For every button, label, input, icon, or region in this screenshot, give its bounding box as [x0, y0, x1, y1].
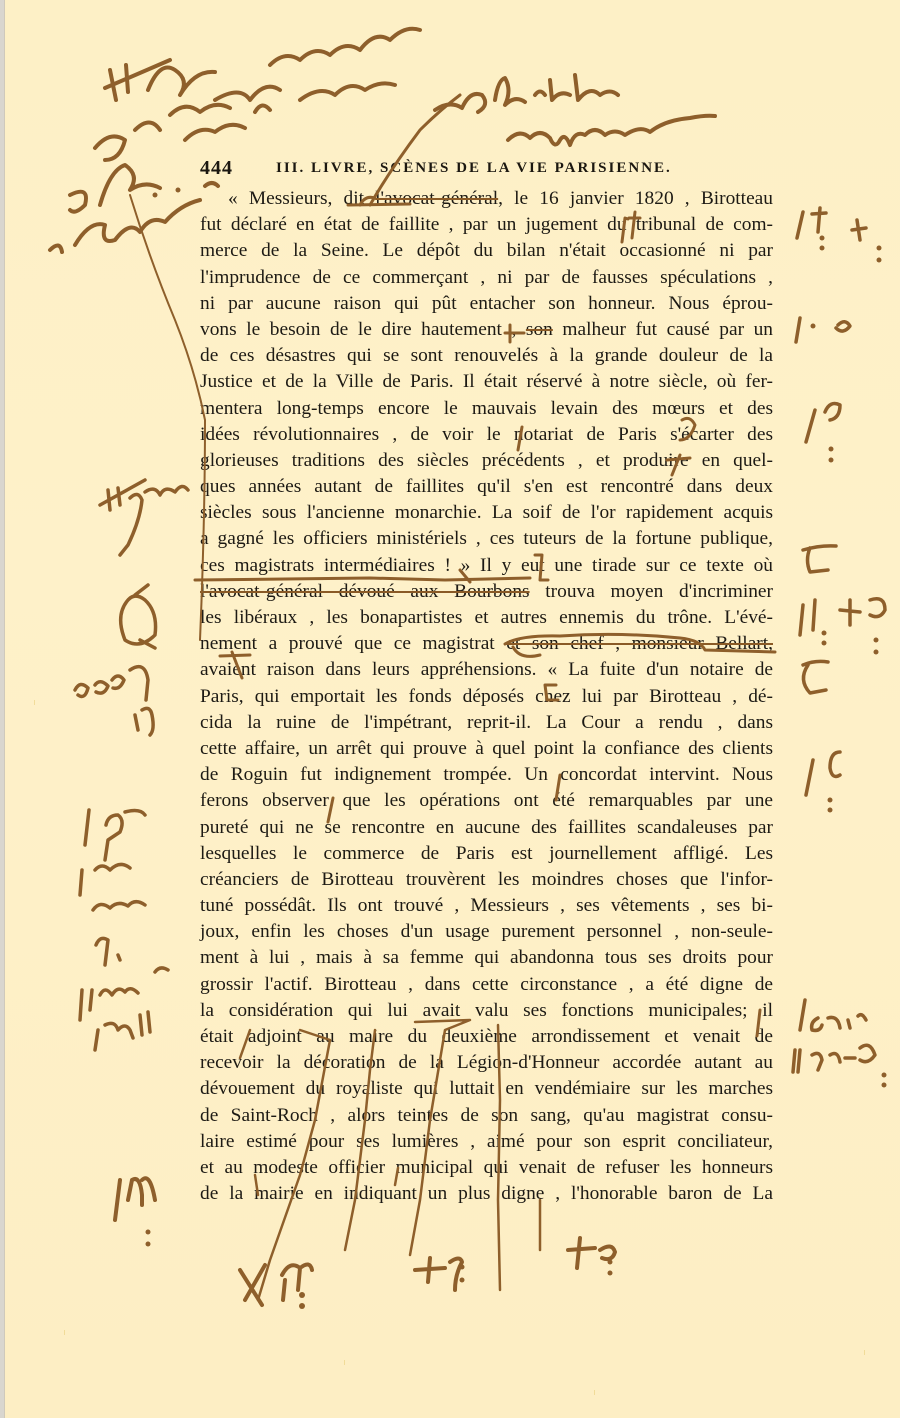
body-text: « Messieurs, dit l'avocat-général, le 16… [200, 186, 773, 1207]
text-run: Paris, qui emportait les fonds déposés c… [200, 686, 773, 707]
text-run: « Messieurs, dit [228, 188, 375, 209]
paper-speck [594, 1390, 595, 1395]
paper-speck [34, 700, 35, 705]
text-run: trouva moyen d'incriminer [530, 581, 773, 602]
text-line: lesquelles le commerce de Paris est jour… [200, 841, 773, 867]
text-run: de Roguin fut indignement trompée. Un co… [200, 764, 773, 785]
text-run: idées révolutionnaires , de voir le nota… [200, 424, 773, 445]
text-line: tuné possédât. Ils ont trouvé , Messieur… [200, 893, 773, 919]
text-line: joux, enfin les choses d'un usage pureme… [200, 919, 773, 945]
text-line: l'avocat-général dévoué aux Bourbons tro… [200, 579, 773, 605]
text-line: était adjoint au maire du deuxième arron… [200, 1024, 773, 1050]
running-title: III. LIVRE, SCÈNES DE LA VIE PARISIENNE. [276, 160, 672, 177]
text-run: et au modeste officier municipal qui ven… [200, 1157, 773, 1178]
text-run: glorieuses traditions des siècles précéd… [200, 450, 773, 471]
text-run: ces magistrats intermédiaires ! » Il y e… [200, 555, 773, 576]
text-line: la considération qui lui avait valu ses … [200, 998, 773, 1024]
text-run: tuné possédât. Ils ont trouvé , Messieur… [200, 895, 773, 916]
text-line: avaient raison dans leurs appréhensions.… [200, 657, 773, 683]
text-line: merce de la Seine. Le dépôt du bilan n'é… [200, 238, 773, 264]
text-run: siècles sous l'ancienne monarchie. La so… [200, 502, 773, 523]
text-line: a gagné les officiers ministériels , ces… [200, 526, 773, 552]
text-run: mentera long-temps encore le mauvais lev… [200, 398, 773, 419]
text-line: idées révolutionnaires , de voir le nota… [200, 422, 773, 448]
text-run: grossir l'actif. Birotteau , dans cette … [200, 974, 773, 995]
text-line: glorieuses traditions des siècles précéd… [200, 448, 773, 474]
text-line: de Roguin fut indignement trompée. Un co… [200, 762, 773, 788]
text-line: et au modeste officier municipal qui ven… [200, 1155, 773, 1181]
text-run: Justice et de la Ville de Paris. Il étai… [200, 371, 773, 392]
text-line: ques années autant de faillites qu'il s'… [200, 474, 773, 500]
text-line: grossir l'actif. Birotteau , dans cette … [200, 972, 773, 998]
struck-text: l'avocat-général dévoué aux Bourbons [200, 581, 530, 602]
text-run: , le 16 janvier 1820 , Birotteau [498, 188, 773, 209]
text-run: l'imprudence de ce commerçant , ni par d… [200, 267, 773, 288]
text-line: fut déclaré en état de faillite , par un… [200, 212, 773, 238]
text-line: ces magistrats intermédiaires ! » Il y e… [200, 553, 773, 579]
text-line: vons le besoin de le dire hautement , so… [200, 317, 773, 343]
struck-text: et son chef , monsieur Bellart, [506, 633, 773, 654]
text-line: Paris, qui emportait les fonds déposés c… [200, 684, 773, 710]
struck-text: son [526, 319, 553, 340]
text-line: cida la ruine de l'impétrant, reprit-il.… [200, 710, 773, 736]
text-run: dévouement du royaliste qui luttait en v… [200, 1078, 773, 1099]
text-run: fut déclaré en état de faillite , par un… [200, 214, 773, 235]
text-run: de la mairie en indiquant un plus digne … [200, 1183, 773, 1204]
text-line: l'imprudence de ce commerçant , ni par d… [200, 265, 773, 291]
text-line: ferons observer que les opérations ont é… [200, 788, 773, 814]
text-run: a gagné les officiers ministériels , ces… [200, 528, 773, 549]
text-run: de Saint-Roch , alors teintes de son san… [200, 1105, 773, 1126]
paper-speck [344, 1360, 345, 1365]
text-line: siècles sous l'ancienne monarchie. La so… [200, 500, 773, 526]
text-line: cette affaire, un arrêt qui prouve à que… [200, 736, 773, 762]
text-run: malheur fut causé par un [553, 319, 773, 340]
paper-speck [64, 1330, 65, 1335]
text-run: laire estimé pour ses lumières , aimé po… [200, 1131, 773, 1152]
text-line: Justice et de la Ville de Paris. Il étai… [200, 369, 773, 395]
text-run: cida la ruine de l'impétrant, reprit-il.… [200, 712, 773, 733]
text-line: mentera long-temps encore le mauvais lev… [200, 396, 773, 422]
text-run: vons le besoin de le dire hautement , [200, 319, 526, 340]
text-line: laire estimé pour ses lumières , aimé po… [200, 1129, 773, 1155]
page-number: 444 [200, 157, 233, 180]
text-line: de la mairie en indiquant un plus digne … [200, 1181, 773, 1207]
text-run: lesquelles le commerce de Paris est jour… [200, 843, 773, 864]
text-run: cette affaire, un arrêt qui prouve à que… [200, 738, 773, 759]
text-run: ment à lui , mais à sa femme qui abandon… [200, 947, 773, 968]
text-line: pureté qui ne se rencontre en aucune des… [200, 815, 773, 841]
text-line: dévouement du royaliste qui luttait en v… [200, 1076, 773, 1102]
text-line: « Messieurs, dit l'avocat-général, le 16… [200, 186, 773, 212]
struck-text: l'avocat-général [375, 188, 498, 209]
text-line: nement a prouvé que ce magistrat et son … [200, 631, 773, 657]
text-run: merce de la Seine. Le dépôt du bilan n'é… [200, 240, 773, 261]
text-run: nement a prouvé que ce magistrat [200, 633, 506, 654]
text-line: recevoir la décoration de la Légion-d'Ho… [200, 1050, 773, 1076]
text-run: avaient raison dans leurs appréhensions.… [200, 659, 773, 680]
text-run: ferons observer que les opérations ont é… [200, 790, 773, 811]
text-run: de ces désastres qui se sont renouvelés … [200, 345, 773, 366]
text-run: la considération qui lui avait valu ses … [200, 1000, 773, 1021]
text-run: pureté qui ne se rencontre en aucune des… [200, 817, 773, 838]
text-line: créanciers de Birotteau trouvèrent les m… [200, 867, 773, 893]
text-run: les libéraux , les bonapartistes et autr… [200, 607, 773, 628]
running-header: 444 III. LIVRE, SCÈNES DE LA VIE PARISIE… [200, 157, 775, 183]
text-run: était adjoint au maire du deuxième arron… [200, 1026, 773, 1047]
text-run: créanciers de Birotteau trouvèrent les m… [200, 869, 773, 890]
text-line: de ces désastres qui se sont renouvelés … [200, 343, 773, 369]
text-line: de Saint-Roch , alors teintes de son san… [200, 1103, 773, 1129]
text-line: les libéraux , les bonapartistes et autr… [200, 605, 773, 631]
text-line: ni par aucune raison qui pût entacher so… [200, 291, 773, 317]
text-run: ni par aucune raison qui pût entacher so… [200, 293, 773, 314]
text-line: ment à lui , mais à sa femme qui abandon… [200, 945, 773, 971]
text-run: ques années autant de faillites qu'il s'… [200, 476, 773, 497]
text-run: recevoir la décoration de la Légion-d'Ho… [200, 1052, 773, 1073]
text-run: joux, enfin les choses d'un usage pureme… [200, 921, 773, 942]
paper-speck [864, 1350, 865, 1355]
